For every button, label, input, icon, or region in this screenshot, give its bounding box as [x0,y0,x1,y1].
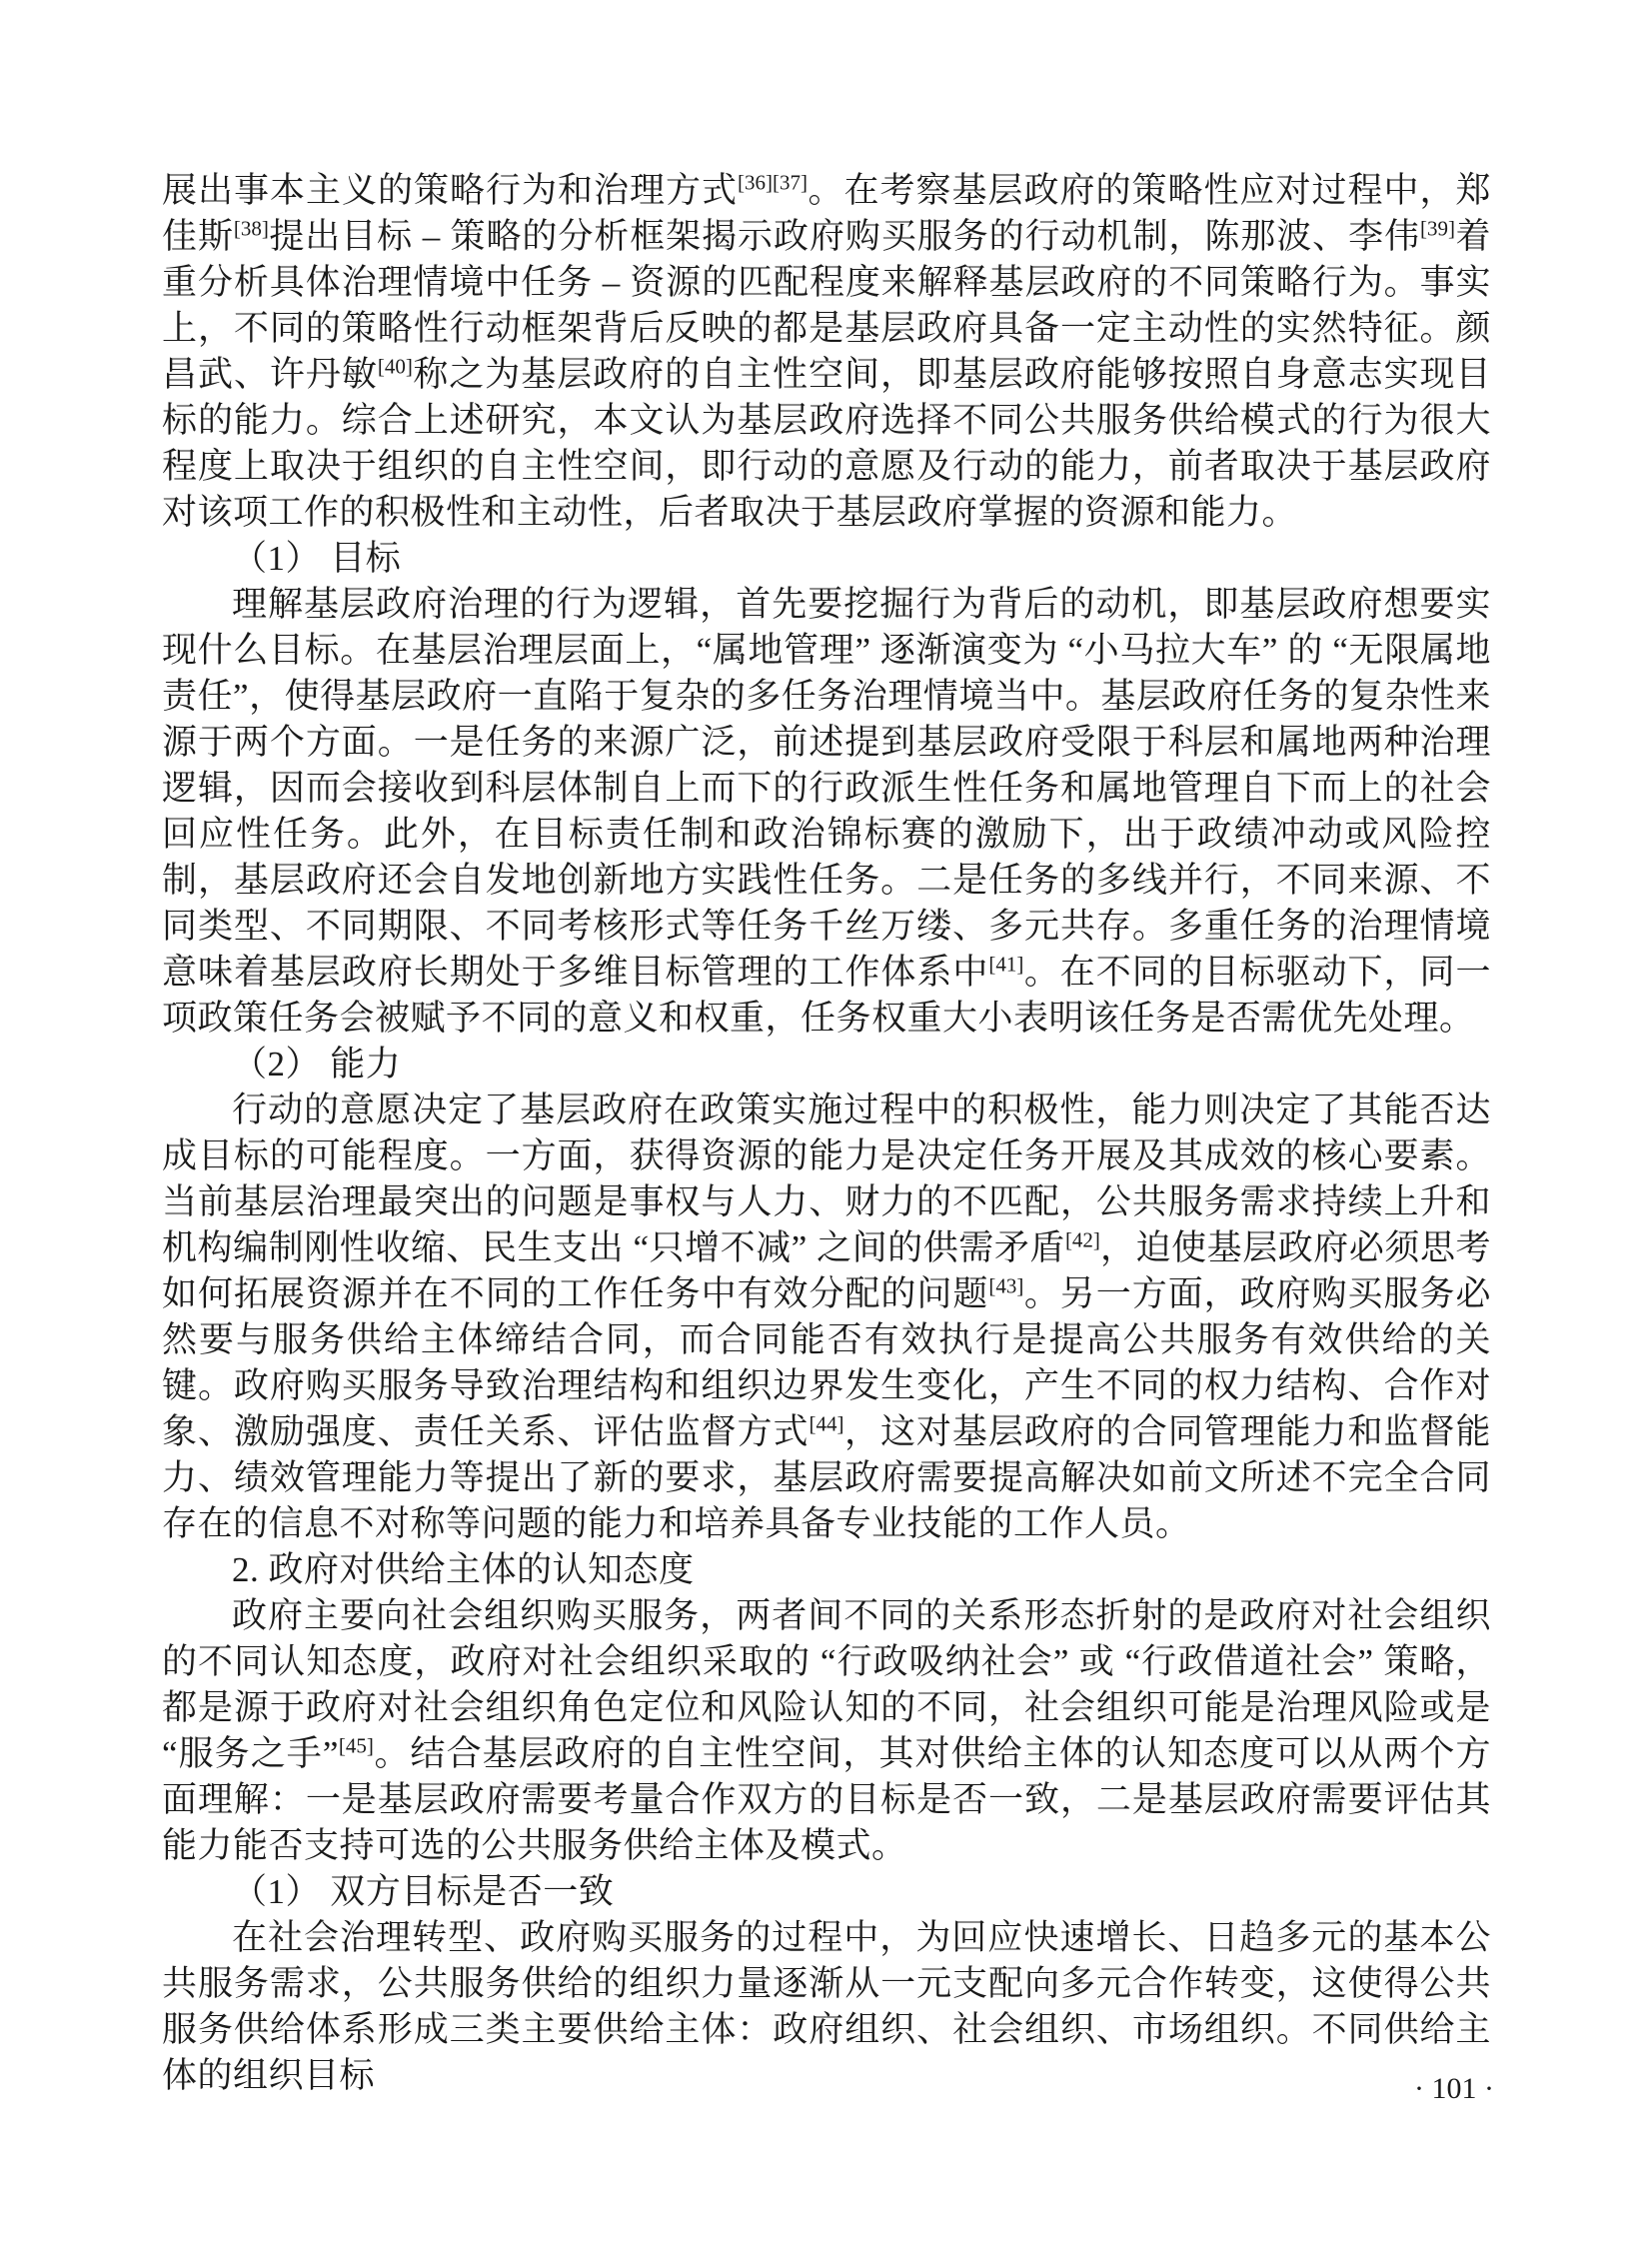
citation-marker: [41] [988,952,1023,976]
body-paragraph: 政府主要向社会组织购买服务，两者间不同的关系形态折射的是政府对社会组织的不同认知… [162,1593,1491,1869]
citation-marker: [39] [1420,216,1455,240]
body-paragraph: 理解基层政府治理的行为逻辑，首先要挖掘行为背后的动机，即基层政府想要实现什么目标… [162,582,1491,1042]
citation-marker: [44] [810,1411,844,1435]
body-paragraph: 行动的意愿决定了基层政府在政策实施过程中的积极性，能力则决定了其能否达成目标的可… [162,1088,1491,1547]
citation-marker: [40] [378,354,413,378]
document-body: 展出事本主义的策略行为和治理方式[36][37]。在考察基层政府的策略性应对过程… [162,168,1491,2099]
document-page: 展出事本主义的策略行为和治理方式[36][37]。在考察基层政府的策略性应对过程… [0,0,1652,2243]
body-paragraph: 展出事本主义的策略行为和治理方式[36][37]。在考察基层政府的策略性应对过程… [162,168,1491,536]
citation-marker: [43] [988,1273,1023,1297]
page-number: · 101 · [1414,2071,1494,2107]
citation-marker: [45] [339,1733,374,1757]
section-heading: （1） 目标 [162,536,1491,582]
section-heading: （2） 能力 [162,1042,1491,1088]
body-paragraph: 在社会治理转型、政府购买服务的过程中，为回应快速增长、日趋多元的基本公共服务需求… [162,1915,1491,2099]
section-heading: 2. 政府对供给主体的认知态度 [162,1547,1491,1593]
citation-marker: [36][37] [738,170,808,194]
citation-marker: [38] [234,216,269,240]
citation-marker: [42] [1065,1227,1100,1251]
section-heading: （1） 双方目标是否一致 [162,1869,1491,1915]
